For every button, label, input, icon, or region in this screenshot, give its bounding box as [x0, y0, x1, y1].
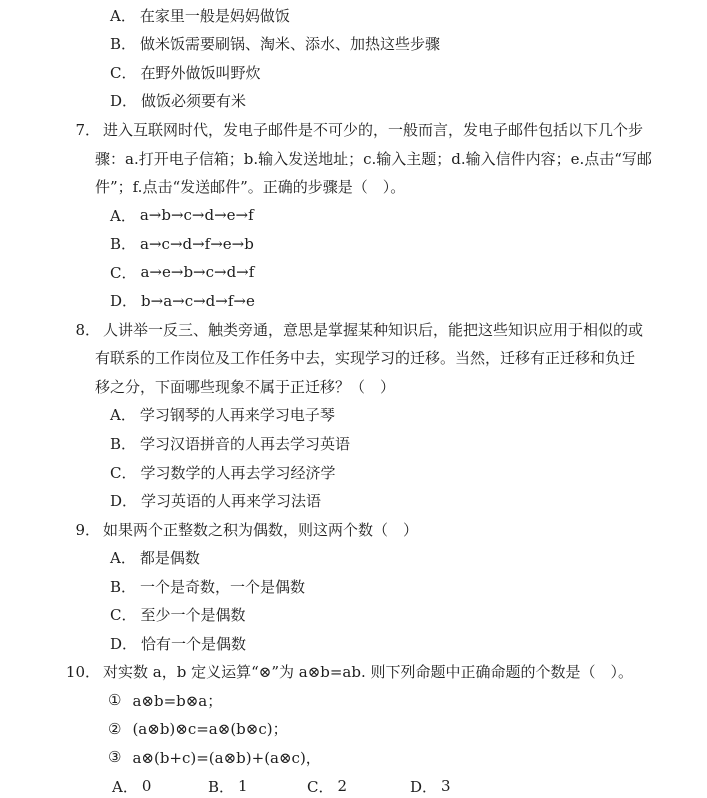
option-label: B． — [110, 233, 136, 254]
prev-option-b: B． 做米饭需要刷锅、淘米、添水、加热这些步骤 — [0, 30, 707, 59]
question-8-stem-text: 移之分，下面哪些现象不属于正迁移？（ ） — [95, 376, 395, 397]
option-text: 学习数学的人再去学习经济学 — [140, 462, 335, 483]
question-10-option-b: B． 1 — [208, 776, 307, 797]
option-label: A． — [112, 776, 138, 797]
option-label: C． — [110, 262, 136, 283]
question-7-stem-text: 骤：a.打开电子信箱；b.输入发送地址；c.输入主题；d.输入信件内容；e.点击… — [95, 148, 652, 169]
question-9-option-a: A． 都是偶数 — [0, 543, 707, 572]
question-7-number: 7． — [0, 115, 100, 144]
question-9-number: 9． — [0, 515, 100, 544]
question-10-option-c: C． 2 — [307, 776, 410, 797]
question-8-stem-line-1: 8． 人讲举一反三、触类旁通，意思是掌握某种知识后，能把这些知识应用于相似的或 — [0, 315, 707, 344]
question-10-option-a: A． 0 — [112, 776, 208, 797]
question-10-options-row: A． 0 B． 1 C． 2 D． 3 — [0, 772, 707, 798]
question-8-stem-text: 人讲举一反三、触类旁通，意思是掌握某种知识后，能把这些知识应用于相似的或 — [103, 319, 643, 340]
prev-option-a: A． 在家里一般是妈妈做饭 — [0, 1, 707, 30]
prev-option-c: C． 在野外做饭叫野炊 — [0, 58, 707, 87]
option-text: 都是偶数 — [140, 547, 200, 568]
option-text: 做饭必须要有米 — [141, 90, 246, 111]
question-8-option-a: A． 学习钢琴的人再来学习电子琴 — [0, 401, 707, 430]
option-text: 3 — [441, 777, 451, 795]
question-8-option-d: D． 学习英语的人再来学习法语 — [0, 486, 707, 515]
option-text: 至少一个是偶数 — [140, 604, 245, 625]
option-label: D． — [110, 633, 137, 654]
option-text: 在野外做饭叫野炊 — [140, 62, 260, 83]
circled-2-marker: ② — [108, 720, 121, 738]
option-label: A． — [110, 547, 136, 568]
circled-1-marker: ① — [108, 691, 121, 709]
question-8-number: 8． — [0, 315, 100, 344]
question-8-stem-text: 有联系的工作岗位及工作任务中去，实现学习的迁移。当然，迁移有正迁移和负迁 — [95, 347, 635, 368]
option-text: 1 — [238, 777, 248, 795]
option-text: a→b→c→d→e→f — [140, 206, 254, 224]
option-label: C． — [307, 776, 333, 797]
question-7-option-a: A． a→b→c→d→e→f — [0, 201, 707, 230]
prev-option-d: D． 做饭必须要有米 — [0, 87, 707, 116]
question-10-option-d: D． 3 — [410, 776, 451, 797]
question-8-option-c: C． 学习数学的人再去学习经济学 — [0, 458, 707, 487]
option-label: D． — [110, 290, 137, 311]
question-10-stem-text: 对实数 a，b 定义运算“⊗”为 a⊗b=ab. 则下列命题中正确命题的个数是（… — [103, 661, 633, 682]
question-10-stem-line-1: 10． 对实数 a，b 定义运算“⊗”为 a⊗b=ab. 则下列命题中正确命题的… — [0, 658, 707, 687]
option-text: 学习钢琴的人再来学习电子琴 — [140, 404, 335, 425]
question-7-stem-text: 件”；f.点击“发送邮件”。正确的步骤是（ ）。 — [95, 176, 405, 197]
item-text: a⊗(b+c)=(a⊗b)+(a⊗c)， — [132, 747, 320, 768]
option-text: 学习汉语拼音的人再去学习英语 — [140, 433, 350, 454]
question-9-stem-line-1: 9． 如果两个正整数之积为偶数，则这两个数（ ） — [0, 515, 707, 544]
question-10-item-2: ② (a⊗b)⊗c=a⊗(b⊗c)； — [0, 715, 707, 744]
item-text: (a⊗b)⊗c=a⊗(b⊗c)； — [132, 718, 287, 739]
question-9-option-d: D． 恰有一个是偶数 — [0, 629, 707, 658]
question-10-item-3: ③ a⊗(b+c)=(a⊗b)+(a⊗c)， — [0, 743, 707, 772]
option-text: 做米饭需要刷锅、淘米、添水、加热这些步骤 — [140, 33, 440, 54]
option-text: a→e→b→c→d→f — [140, 263, 254, 281]
option-label: B． — [110, 576, 136, 597]
option-text: 一个是奇数，一个是偶数 — [140, 576, 305, 597]
option-text: 学习英语的人再来学习法语 — [141, 490, 321, 511]
question-9-option-c: C． 至少一个是偶数 — [0, 600, 707, 629]
option-label: B． — [110, 433, 136, 454]
question-10-item-1: ① a⊗b=b⊗a； — [0, 686, 707, 715]
option-label: A． — [110, 404, 136, 425]
question-7-stem-text: 进入互联网时代，发电子邮件是不可少的，一般而言，发电子邮件包括以下几个步 — [103, 119, 643, 140]
option-label: C． — [110, 604, 136, 625]
question-9-stem-text: 如果两个正整数之积为偶数，则这两个数（ ） — [103, 519, 418, 540]
option-text: 在家里一般是妈妈做饭 — [140, 5, 290, 26]
question-7-option-c: C． a→e→b→c→d→f — [0, 258, 707, 287]
question-7-option-b: B． a→c→d→f→e→b — [0, 229, 707, 258]
question-7-stem-line-3: 件”；f.点击“发送邮件”。正确的步骤是（ ）。 — [0, 172, 707, 201]
question-10-number: 10． — [0, 658, 100, 687]
question-7-option-d: D． b→a→c→d→f→e — [0, 286, 707, 315]
option-label: D． — [410, 776, 437, 797]
option-text: 0 — [142, 777, 152, 795]
option-text: 恰有一个是偶数 — [141, 633, 246, 654]
question-7-stem-line-1: 7． 进入互联网时代，发电子邮件是不可少的，一般而言，发电子邮件包括以下几个步 — [0, 115, 707, 144]
option-text: 2 — [337, 777, 347, 795]
test-document-page: A． 在家里一般是妈妈做饭 B． 做米饭需要刷锅、淘米、添水、加热这些步骤 C．… — [0, 0, 707, 798]
item-text: a⊗b=b⊗a； — [132, 690, 222, 711]
question-7-stem-line-2: 骤：a.打开电子信箱；b.输入发送地址；c.输入主题；d.输入信件内容；e.点击… — [0, 144, 707, 173]
circled-3-marker: ③ — [108, 748, 121, 766]
question-8-option-b: B． 学习汉语拼音的人再去学习英语 — [0, 429, 707, 458]
question-9-option-b: B． 一个是奇数，一个是偶数 — [0, 572, 707, 601]
option-text: b→a→c→d→f→e — [141, 292, 255, 310]
option-text: a→c→d→f→e→b — [140, 235, 254, 253]
option-label: B． — [110, 33, 136, 54]
option-label: D． — [110, 90, 137, 111]
option-label: B． — [208, 776, 234, 797]
option-label: A． — [110, 205, 136, 226]
question-8-stem-line-2: 有联系的工作岗位及工作任务中去，实现学习的迁移。当然，迁移有正迁移和负迁 — [0, 344, 707, 373]
option-label: D． — [110, 490, 137, 511]
option-label: C． — [110, 462, 136, 483]
question-8-stem-line-3: 移之分，下面哪些现象不属于正迁移？（ ） — [0, 372, 707, 401]
option-label: A． — [110, 5, 136, 26]
option-label: C． — [110, 62, 136, 83]
